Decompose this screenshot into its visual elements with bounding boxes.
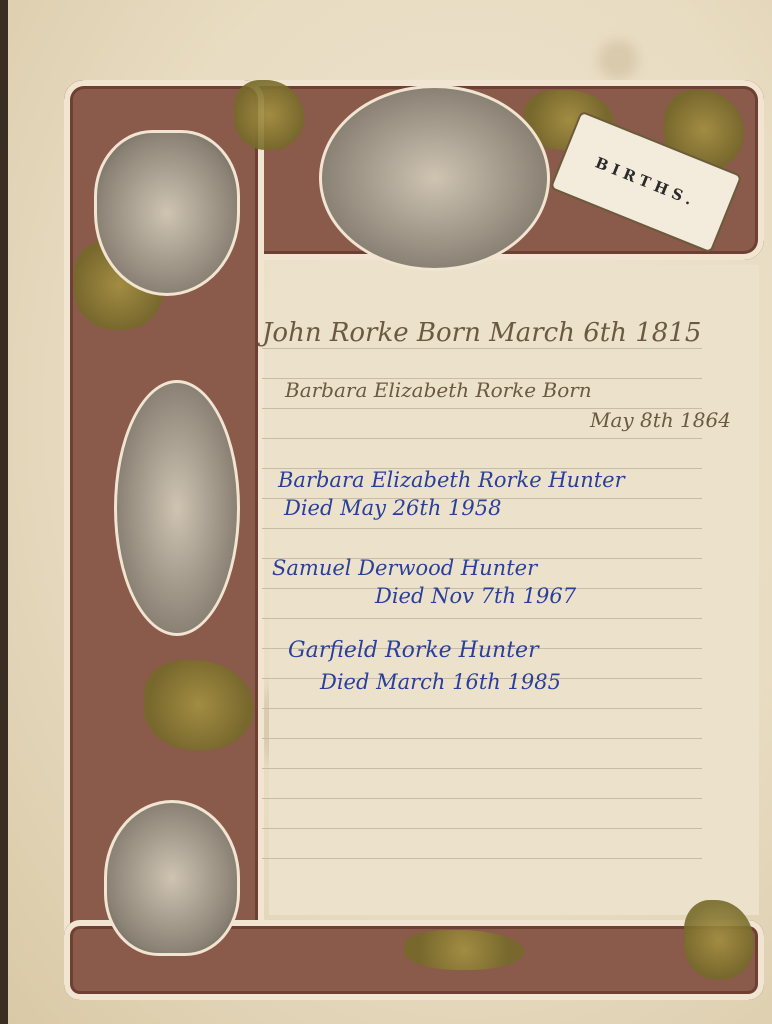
banner-text: BIRTHS. bbox=[593, 153, 700, 210]
entry-garfield: Garfield Rorke Hunter bbox=[288, 638, 539, 663]
entry-john-rorke: John Rorke Born March 6th 1815 bbox=[262, 318, 701, 348]
entry-samuel: Samuel Derwood Hunter bbox=[272, 556, 537, 580]
entry-samuel-death-date: Died Nov 7th 1967 bbox=[375, 584, 576, 608]
couple-illustration bbox=[94, 130, 240, 296]
entry-garfield-death-date: Died March 16th 1985 bbox=[320, 670, 561, 694]
nativity-illustration bbox=[319, 85, 550, 271]
entry-barbara-birth: Barbara Elizabeth Rorke Born bbox=[285, 378, 592, 402]
gold-scroll-ornament bbox=[404, 930, 524, 970]
entry-barbara-death-date: Died May 26th 1958 bbox=[284, 496, 501, 520]
entry-barbara-death: Barbara Elizabeth Rorke Hunter bbox=[278, 468, 625, 492]
entry-barbara-birth-date: May 8th 1864 bbox=[590, 408, 731, 432]
water-stain bbox=[598, 40, 638, 80]
angel-illustration bbox=[114, 380, 240, 636]
mourner-illustration bbox=[104, 800, 240, 956]
